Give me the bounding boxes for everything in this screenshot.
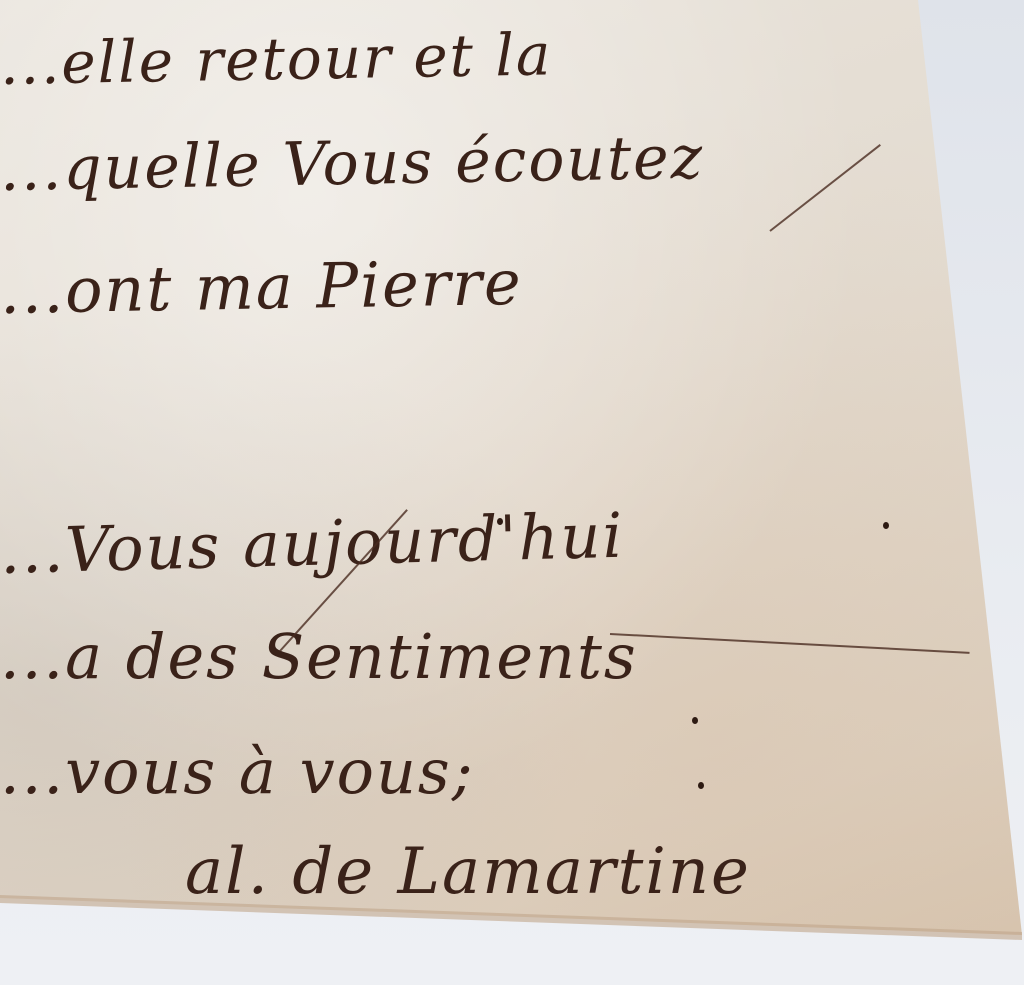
ink-dot — [497, 518, 503, 525]
handwritten-line-5: ...a des Sentiments — [0, 620, 638, 693]
photo-scene: ...elle retour et la ...quelle Vous écou… — [0, 0, 1024, 985]
handwritten-line-1: ...elle retour et la — [0, 20, 553, 98]
signature: al. de Lamartine — [185, 835, 751, 909]
ink-dot — [883, 522, 889, 529]
handwritten-line-6: ...vous à vous; — [0, 735, 475, 808]
ink-dot — [692, 717, 698, 724]
handwritten-line-2: ...quelle Vous écoutez — [0, 123, 705, 205]
handwritten-line-3: ...ont ma Pierre — [0, 246, 523, 328]
ink-dot — [698, 782, 704, 789]
